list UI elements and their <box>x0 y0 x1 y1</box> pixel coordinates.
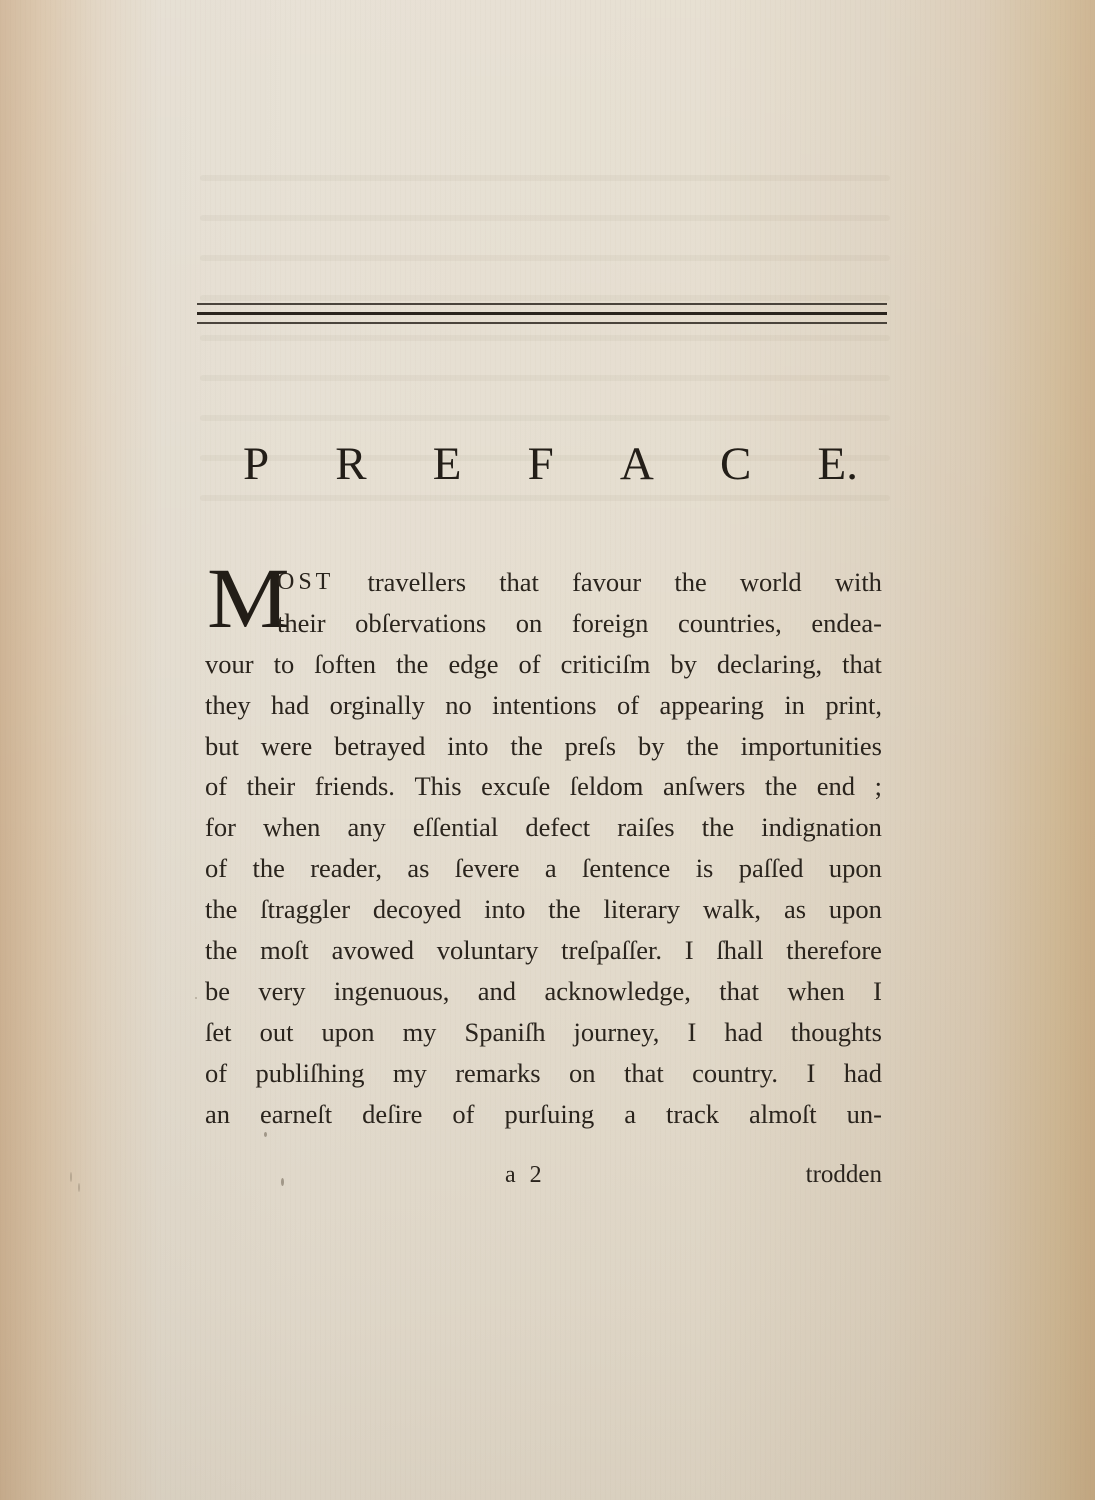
word: indignation <box>761 807 882 848</box>
text-line: forwhenanyeſſentialdefectraiſestheindign… <box>205 807 882 848</box>
text-line: theyhadorginallynointentionsofappearingi… <box>205 685 882 726</box>
word: the <box>396 644 428 685</box>
rule-line-middle <box>197 312 887 315</box>
text-line: anearneſtdeſireofpurſuingatrackalmoſtun- <box>205 1094 882 1135</box>
word: that <box>719 971 759 1012</box>
signature-mark: a 2 <box>505 1157 546 1193</box>
word: of <box>452 1094 474 1135</box>
word: of <box>205 766 227 807</box>
word: on <box>516 603 543 644</box>
word: Spaniſh <box>465 1012 546 1053</box>
word: friends. <box>315 766 395 807</box>
word: thoughts <box>791 1012 882 1053</box>
word: that <box>842 644 882 685</box>
title-letter: C <box>720 438 751 490</box>
word: when <box>787 971 844 1012</box>
word: travellers <box>367 562 466 603</box>
word: ſeldom <box>570 766 644 807</box>
word: un- <box>847 1094 882 1135</box>
word: of <box>519 644 541 685</box>
word: the <box>702 807 734 848</box>
word: I <box>806 1053 815 1094</box>
word: anſwers <box>663 766 745 807</box>
word: the <box>510 726 542 767</box>
word: decoyed <box>373 889 461 930</box>
word: journey, <box>574 1012 660 1053</box>
text-line: beveryingenuous,andacknowledge,thatwhenI <box>205 971 882 1012</box>
word: print, <box>825 685 882 726</box>
word: no <box>445 685 472 726</box>
word: OST <box>277 562 334 603</box>
word: I <box>687 1012 696 1053</box>
word: that <box>499 562 539 603</box>
word: of <box>205 1053 227 1094</box>
word: declaring, <box>717 644 822 685</box>
word: as <box>784 889 806 930</box>
word: had <box>271 685 309 726</box>
title-letter: P <box>243 438 269 490</box>
word: country. <box>692 1053 778 1094</box>
catchword: trodden <box>806 1157 882 1193</box>
word: by <box>670 644 697 685</box>
word: ſhall <box>716 930 763 971</box>
word: orginally <box>330 685 425 726</box>
text-line: vourtoſoftentheedgeofcriticiſmbydeclarin… <box>205 644 882 685</box>
word: ingenuous, <box>334 971 450 1012</box>
word: track <box>666 1094 719 1135</box>
word: upon <box>829 889 882 930</box>
word: that <box>624 1053 664 1094</box>
word: obſervations <box>355 603 486 644</box>
title-letter: E. <box>818 438 858 490</box>
word: treſpaſſer. <box>561 930 662 971</box>
word: favour <box>572 562 641 603</box>
text-line: OSTtravellersthatfavourtheworldwith <box>205 562 882 603</box>
word: literary <box>604 889 681 930</box>
word: into <box>447 726 488 767</box>
word: a <box>545 848 557 889</box>
word: purſuing <box>504 1094 594 1135</box>
text-line: oftheirfriends.Thisexcuſeſeldomanſwersth… <box>205 766 882 807</box>
word: but <box>205 726 239 767</box>
word: the <box>252 848 284 889</box>
word: into <box>484 889 525 930</box>
word: publiſhing <box>256 1053 365 1094</box>
word: had <box>844 1053 882 1094</box>
word: the <box>674 562 706 603</box>
word: acknowledge, <box>544 971 690 1012</box>
word: I <box>685 930 694 971</box>
word: the <box>765 766 797 807</box>
word: an <box>205 1094 230 1135</box>
word: were <box>261 726 313 767</box>
word: when <box>263 807 320 848</box>
word: edge <box>448 644 498 685</box>
word: ſet <box>205 1012 232 1053</box>
rule-line-top <box>197 303 887 305</box>
word: moſt <box>260 930 309 971</box>
word: end <box>817 766 855 807</box>
word: paſſed <box>739 848 804 889</box>
word: deſire <box>362 1094 422 1135</box>
word: they <box>205 685 251 726</box>
word: endea- <box>811 603 882 644</box>
word: of <box>617 685 639 726</box>
word: upon <box>829 848 882 889</box>
word: had <box>724 1012 762 1053</box>
word: to <box>274 644 295 685</box>
word: the <box>205 930 237 971</box>
word: with <box>835 562 882 603</box>
word: excuſe <box>481 766 550 807</box>
text-line: ſetoutuponmySpaniſhjourney,Ihadthoughts <box>205 1012 882 1053</box>
word: and <box>478 971 516 1012</box>
word: ſtraggler <box>260 889 350 930</box>
word: criticiſm <box>561 644 651 685</box>
word: world <box>740 562 802 603</box>
word: I <box>873 971 882 1012</box>
rule-line-bottom <box>197 322 887 324</box>
text-line: theirobſervationsonforeigncountries,ende… <box>205 603 882 644</box>
word: a <box>624 1094 636 1135</box>
word: eſſential <box>413 807 498 848</box>
word: This <box>414 766 461 807</box>
word: avowed <box>332 930 414 971</box>
word: out <box>260 1012 294 1053</box>
word: foreign <box>572 603 649 644</box>
word: be <box>205 971 230 1012</box>
word: in <box>784 685 805 726</box>
word: defect <box>525 807 590 848</box>
word: their <box>277 603 326 644</box>
text-line: themoſtavowedvoluntarytreſpaſſer.Iſhallt… <box>205 930 882 971</box>
word: my <box>403 1012 437 1053</box>
word: reader, <box>310 848 382 889</box>
text-line: ofthereader,asſevereaſentenceispaſſedupo… <box>205 848 882 889</box>
word: countries, <box>678 603 782 644</box>
word: upon <box>322 1012 375 1053</box>
word: raiſes <box>617 807 674 848</box>
page-footer: a 2 trodden <box>205 1157 882 1193</box>
word: walk, <box>703 889 761 930</box>
word: on <box>569 1053 596 1094</box>
word: betrayed <box>334 726 425 767</box>
word: earneſt <box>260 1094 332 1135</box>
word: any <box>348 807 386 848</box>
title-letter: A <box>620 438 654 490</box>
word: appearing <box>659 685 763 726</box>
word: remarks <box>455 1053 540 1094</box>
word: almoſt <box>749 1094 817 1135</box>
word: therefore <box>786 930 882 971</box>
word: as <box>407 848 429 889</box>
ornamental-triple-rule <box>197 302 887 326</box>
word: of <box>205 848 227 889</box>
word: very <box>258 971 305 1012</box>
word: my <box>393 1053 427 1094</box>
word: ſentence <box>582 848 670 889</box>
page-title: P R E F A C E. <box>243 438 858 490</box>
word: their <box>247 766 296 807</box>
word: vour <box>205 644 254 685</box>
word: for <box>205 807 236 848</box>
title-letter: F <box>528 438 554 490</box>
word: preſs <box>565 726 617 767</box>
text-line: theſtragglerdecoyedintotheliterarywalk,a… <box>205 889 882 930</box>
word: the <box>686 726 718 767</box>
word: ſevere <box>455 848 520 889</box>
word: voluntary <box>437 930 539 971</box>
word: by <box>638 726 665 767</box>
word: the <box>205 889 237 930</box>
word: intentions <box>492 685 597 726</box>
word: is <box>696 848 714 889</box>
title-letter: R <box>335 438 366 490</box>
text-line: butwerebetrayedintothepreſsbytheimportun… <box>205 726 882 767</box>
word: the <box>548 889 580 930</box>
body-text: OSTtravellersthatfavourtheworldwiththeir… <box>205 562 882 1134</box>
title-letter: E <box>433 438 462 490</box>
word: ſoften <box>314 644 376 685</box>
text-line: ofpubliſhingmyremarksonthatcountry.Ihad <box>205 1053 882 1094</box>
word: importunities <box>741 726 882 767</box>
word: ; <box>875 766 882 807</box>
